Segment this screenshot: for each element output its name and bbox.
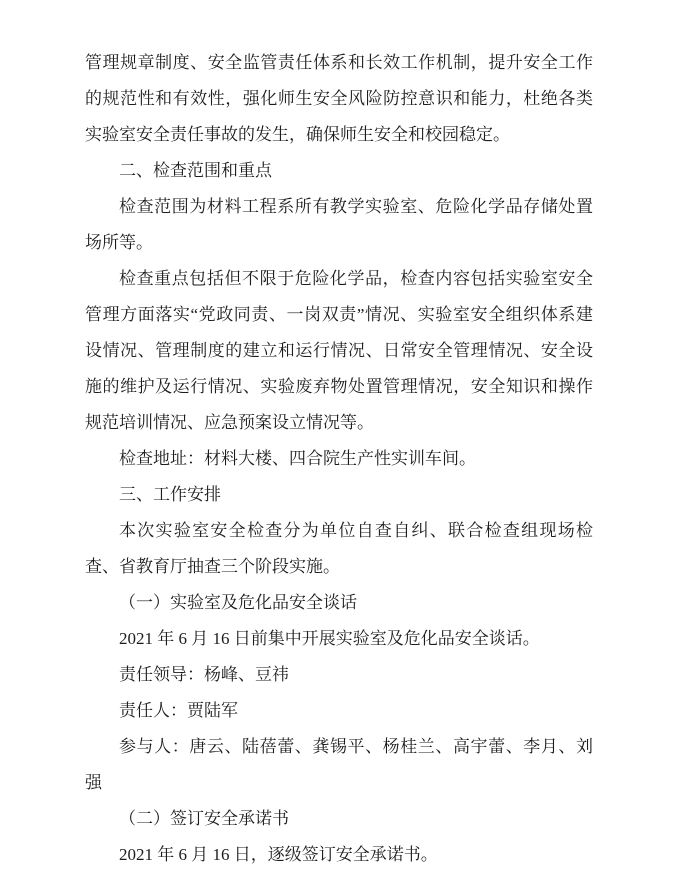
paragraph: 检查重点包括但不限于危险化学品，检查内容包括实验室安全管理方面落实“党政同责、一… — [85, 261, 593, 441]
paragraph: 检查地址：材料大楼、四合院生产性实训车间。 — [85, 441, 593, 477]
paragraph: 检查范围为材料工程系所有教学实验室、危险化学品存储处置场所等。 — [85, 189, 593, 261]
document-page: 管理规章制度、安全监管责任体系和长效工作机制，提升安全工作的规范性和有效性，强化… — [0, 0, 678, 878]
paragraph: 责任领导：杨峰、豆祎 — [85, 657, 593, 693]
paragraph: 管理规章制度、安全监管责任体系和长效工作机制，提升安全工作的规范性和有效性，强化… — [85, 45, 593, 153]
paragraph: 三、工作安排 — [85, 477, 593, 513]
paragraph: 责任人：贾陆军 — [85, 693, 593, 729]
paragraph: 参与人：唐云、陆蓓蕾、龚锡平、杨桂兰、高宇蕾、李月、刘强 — [85, 729, 593, 801]
paragraph: 二、检查范围和重点 — [85, 153, 593, 189]
paragraph: 2021 年 6 月 16 日前集中开展实验室及危化品安全谈话。 — [85, 621, 593, 657]
paragraph: 本次实验室安全检查分为单位自查自纠、联合检查组现场检查、省教育厅抽查三个阶段实施… — [85, 513, 593, 585]
paragraph: 2021 年 6 月 16 日，逐级签订安全承诺书。 — [85, 837, 593, 873]
paragraph: （一）实验室及危化品安全谈话 — [85, 585, 593, 621]
document-body: 管理规章制度、安全监管责任体系和长效工作机制，提升安全工作的规范性和有效性，强化… — [85, 45, 593, 873]
paragraph: （二）签订安全承诺书 — [85, 801, 593, 837]
